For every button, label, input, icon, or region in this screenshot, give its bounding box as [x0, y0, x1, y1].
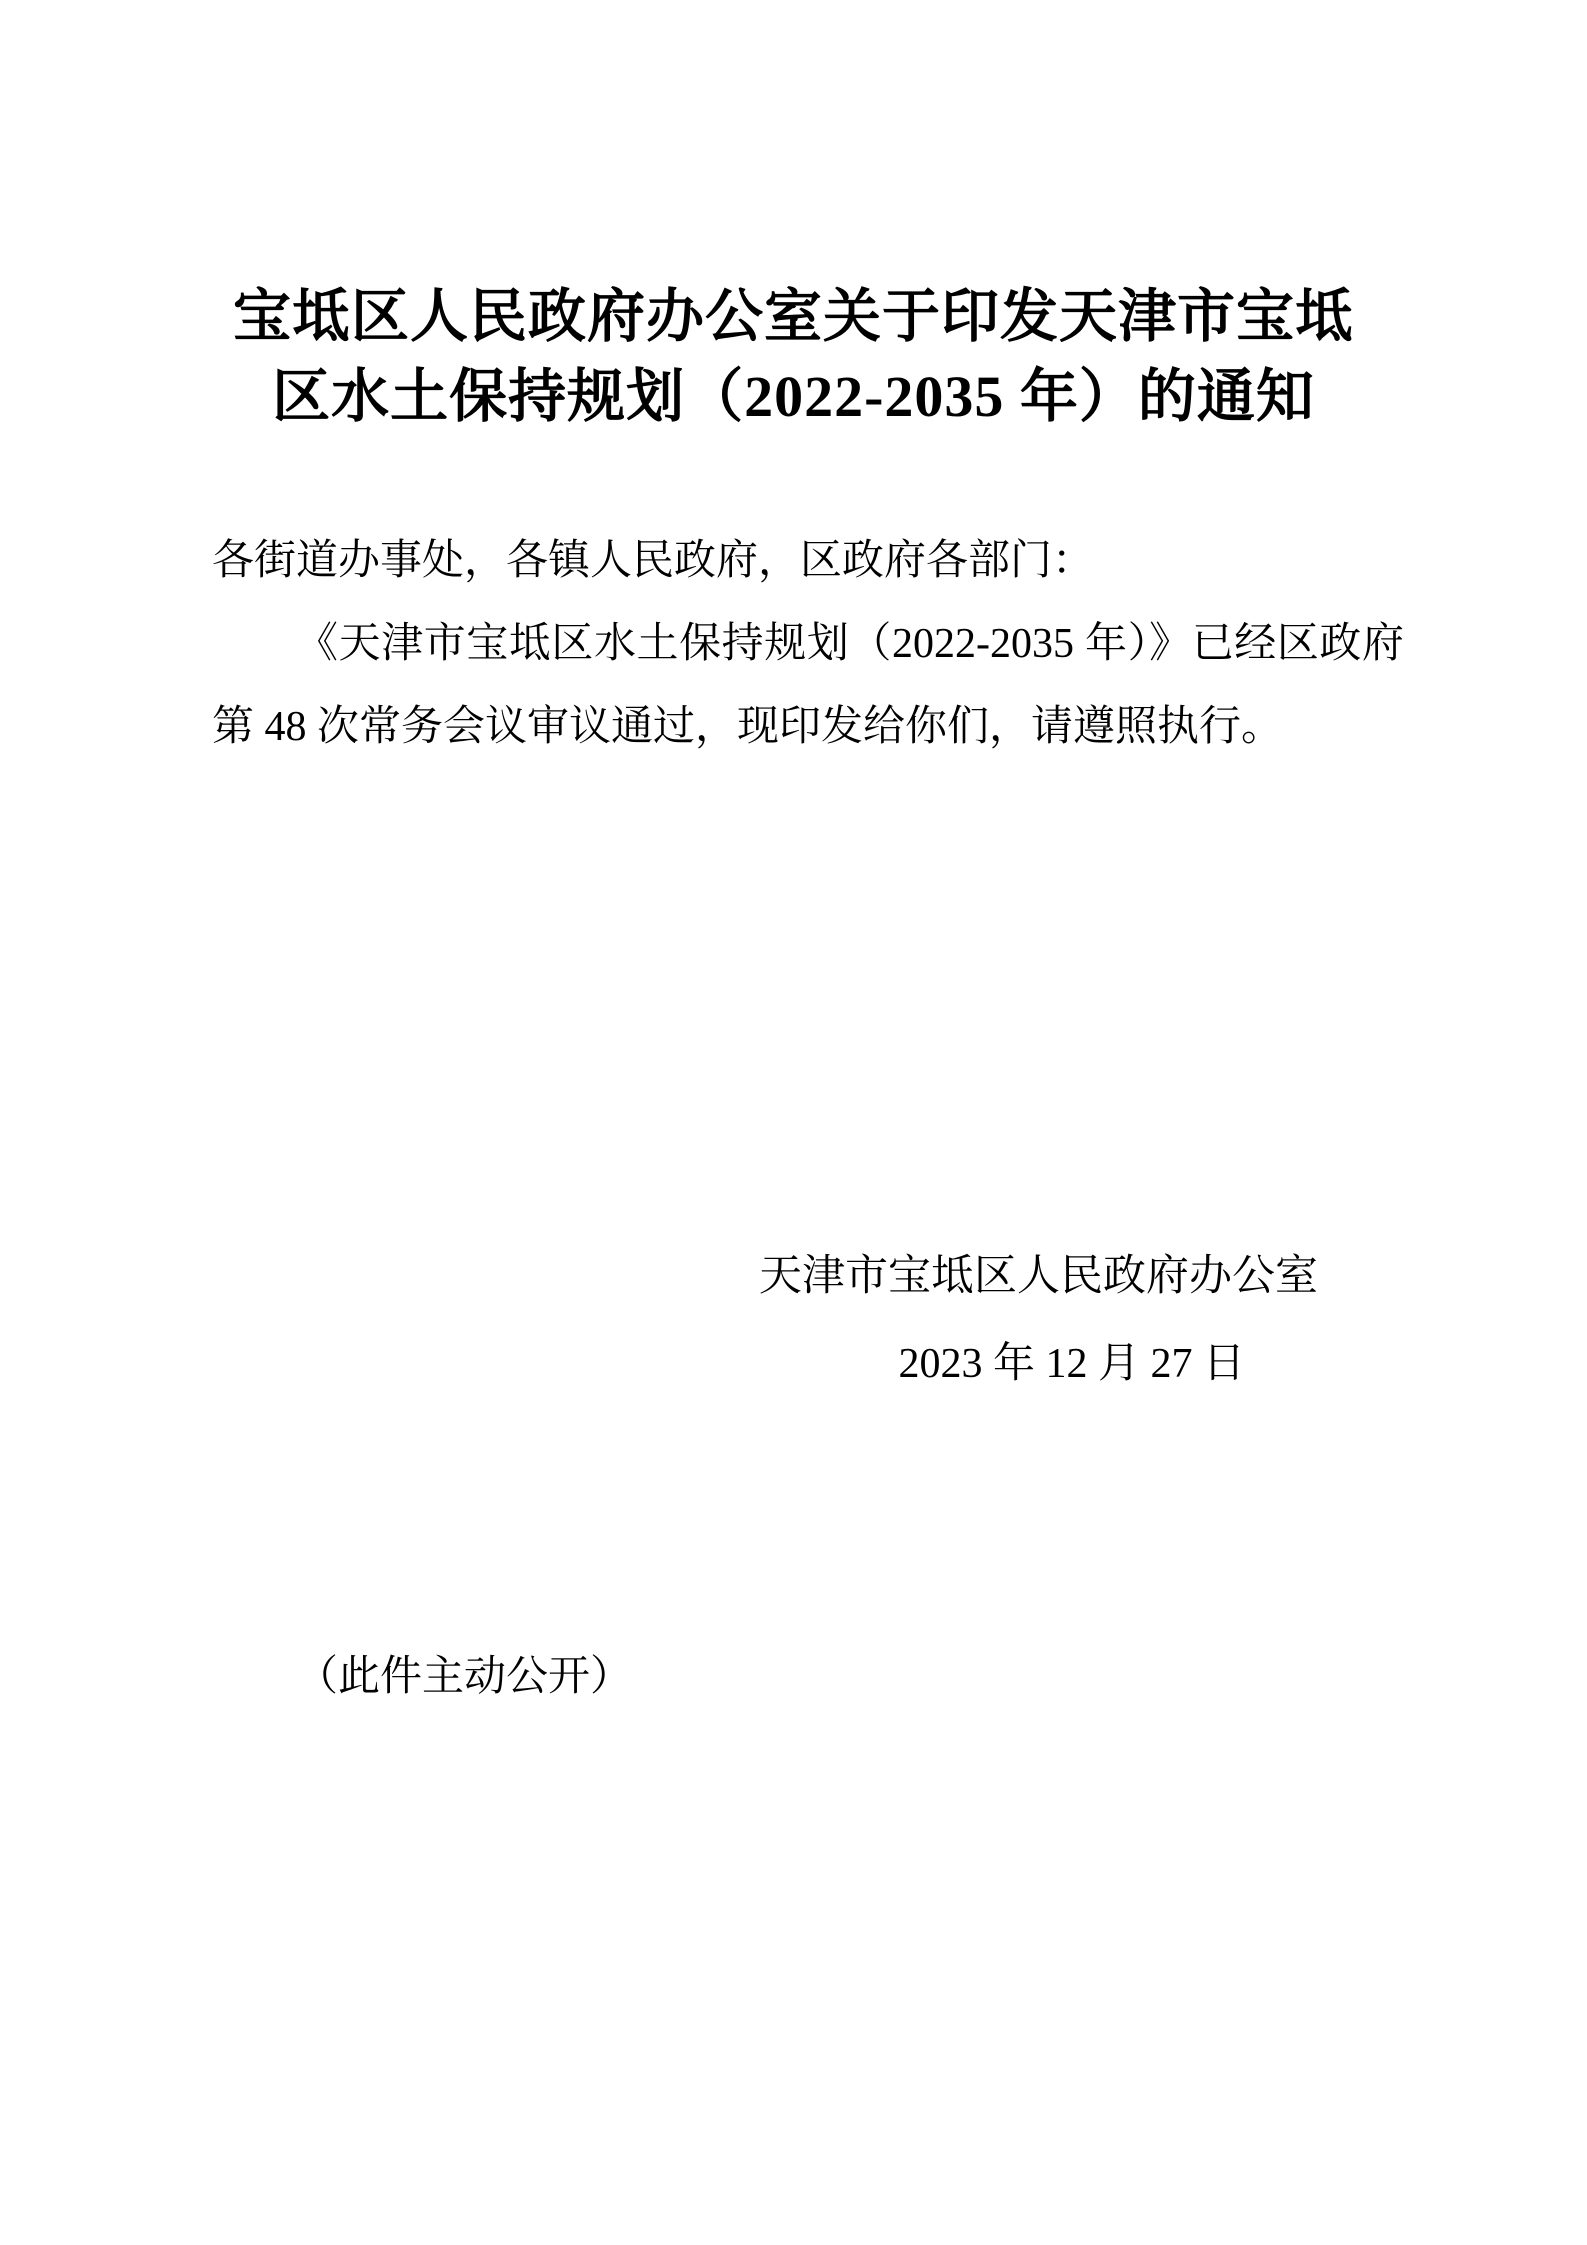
issuing-office-signature: 天津市宝坻区人民政府办公室: [759, 1252, 1318, 1302]
salutation-line: 各街道办事处，各镇人民政府，区政府各部门：: [212, 520, 1404, 603]
document-title-line-1: 宝坻区人民政府办公室关于印发天津市宝坻: [0, 277, 1587, 357]
body-paragraph: 《天津市宝坻区水土保持规划（2022-2035 年）》已经区政府第 48 次常务…: [212, 603, 1404, 769]
document-page: 宝坻区人民政府办公室关于印发天津市宝坻 区水土保持规划（2022-2035 年）…: [0, 0, 1587, 2245]
document-title-line-2: 区水土保持规划（2022-2035 年）的通知: [0, 357, 1587, 437]
document-body: 各街道办事处，各镇人民政府，区政府各部门： 《天津市宝坻区水土保持规划（2022…: [212, 520, 1404, 769]
document-title: 宝坻区人民政府办公室关于印发天津市宝坻 区水土保持规划（2022-2035 年）…: [0, 277, 1587, 437]
disclosure-note: （此件主动公开）: [212, 1652, 632, 1702]
issue-date: 2023 年 12 月 27 日: [898, 1340, 1245, 1388]
